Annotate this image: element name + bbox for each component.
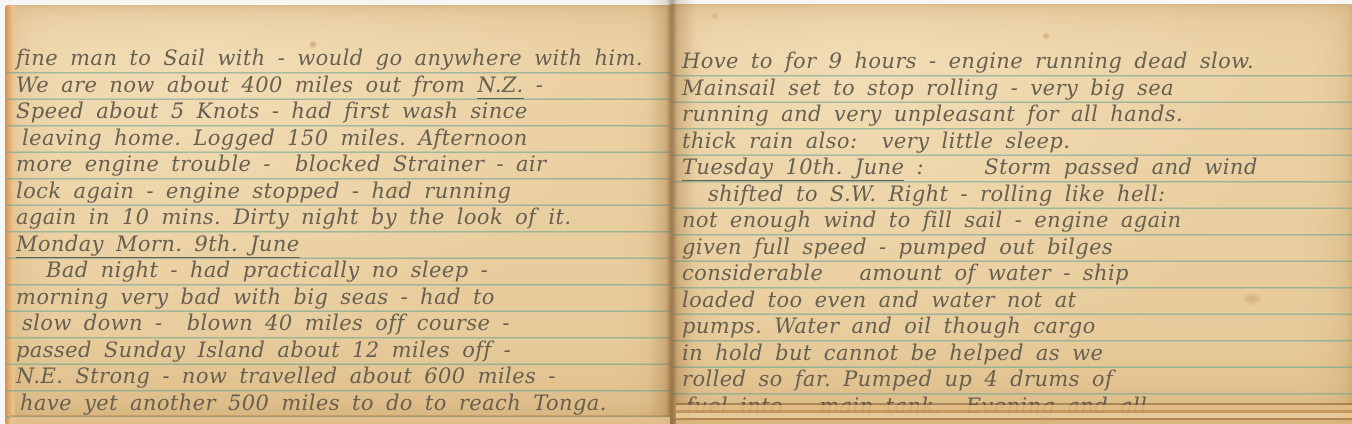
diary-line: more engine trouble - blocked Strainer -… <box>16 151 668 178</box>
diary-text-segment: in hold but cannot be helped as we <box>682 341 1103 365</box>
diary-text-segment: Bad night - had practically no sleep - <box>46 258 488 282</box>
diary-text-segment: : Storm passed and wind <box>904 155 1257 179</box>
diary-text-segment: considerable amount of water - ship <box>682 261 1129 285</box>
diary-line: leaving home. Logged 150 miles. Afternoo… <box>16 125 668 152</box>
diary-line: Mainsail set to stop rolling - very big … <box>682 75 1350 102</box>
diary-text-segment: lock again - engine stopped - had runnin… <box>16 179 511 203</box>
left-page-text: fine man to Sail with - would go anywher… <box>16 45 668 416</box>
diary-line: thick rain also: very little sleep. <box>682 128 1350 155</box>
diary-text-segment: running and very unpleasant for all hand… <box>682 102 1183 126</box>
page-stack-edges-bottom-right <box>676 403 1352 424</box>
diary-line: morning very bad with big seas - had to <box>16 284 668 311</box>
diary-line: N.E. Strong - now travelled about 600 mi… <box>16 363 668 390</box>
diary-line: We are now about 400 miles out from N.Z.… <box>16 72 668 99</box>
page-stack-edges-bottom-left <box>10 415 670 424</box>
diary-text-segment: Speed about 5 Knots - had first wash sin… <box>16 99 528 123</box>
diary-line: have yet another 500 miles to do to reac… <box>16 390 668 417</box>
diary-text-segment: leaving home. Logged 150 miles. Afternoo… <box>22 126 528 150</box>
diary-line: loaded too even and water not at <box>682 287 1350 314</box>
diary-text-segment: Mainsail set to stop rolling - very big … <box>682 76 1174 100</box>
diary-line: shifted to S.W. Right - rolling like hel… <box>682 181 1350 208</box>
diary-line: Tuesday 10th. June : Storm passed and wi… <box>682 154 1350 181</box>
diary-heading-segment: Tuesday 10th. June <box>682 155 904 181</box>
diary-line: Speed about 5 Knots - had first wash sin… <box>16 98 668 125</box>
diary-text-segment: passed Sunday Island about 12 miles off … <box>16 338 511 362</box>
diary-line: pumps. Water and oil though cargo <box>682 313 1350 340</box>
diary-line: fine man to Sail with - would go anywher… <box>16 45 668 72</box>
diary-text-segment: have yet another 500 miles to do to reac… <box>20 391 607 415</box>
diary-line: running and very unpleasant for all hand… <box>682 101 1350 128</box>
diary-line: Bad night - had practically no sleep - <box>16 257 668 284</box>
diary-heading-segment: N.Z. <box>477 73 523 99</box>
diary-line: not enough wind to fill sail - engine ag… <box>682 207 1350 234</box>
diary-line: considerable amount of water - ship <box>682 260 1350 287</box>
diary-line: Monday Morn. 9th. June <box>16 231 668 258</box>
diary-photo: fine man to Sail with - would go anywher… <box>0 0 1352 424</box>
diary-text-segment: We are now about 400 miles out from <box>16 73 477 97</box>
diary-line: lock again - engine stopped - had runnin… <box>16 178 668 205</box>
diary-text-segment: again in 10 mins. Dirty night by the loo… <box>16 205 571 229</box>
diary-text-segment: fine man to Sail with - would go anywher… <box>16 46 643 70</box>
diary-line: slow down - blown 40 miles off course - <box>16 310 668 337</box>
diary-text-segment: pumps. Water and oil though cargo <box>682 314 1096 338</box>
diary-text-segment: morning very bad with big seas - had to <box>16 285 495 309</box>
diary-text-segment: loaded too even and water not at <box>682 288 1076 312</box>
diary-text-segment: thick rain also: very little sleep. <box>682 129 1070 153</box>
diary-text-segment: more engine trouble - blocked Strainer -… <box>16 152 546 176</box>
diary-text-segment: shifted to S.W. Right - rolling like hel… <box>708 182 1166 206</box>
diary-line: given full speed - pumped out bilges <box>682 234 1350 261</box>
binding-gutter <box>648 0 696 424</box>
diary-line: again in 10 mins. Dirty night by the loo… <box>16 204 668 231</box>
right-page-text: Hove to for 9 hours - engine running dea… <box>682 48 1350 419</box>
diary-line: Hove to for 9 hours - engine running dea… <box>682 48 1350 75</box>
diary-text-segment: rolled so far. Pumped up 4 drums of <box>682 367 1113 391</box>
diary-text-segment: not enough wind to fill sail - engine ag… <box>682 208 1182 232</box>
diary-text-segment: N.E. Strong - now travelled about 600 mi… <box>16 364 556 388</box>
diary-line: in hold but cannot be helped as we <box>682 340 1350 367</box>
diary-line: passed Sunday Island about 12 miles off … <box>16 337 668 364</box>
diary-heading-segment: Monday Morn. 9th. June <box>16 232 300 258</box>
diary-text-segment: - <box>524 73 544 97</box>
diary-text-segment: slow down - blown 40 miles off course - <box>22 311 510 335</box>
diary-line: rolled so far. Pumped up 4 drums of <box>682 366 1350 393</box>
diary-text-segment: Hove to for 9 hours - engine running dea… <box>682 49 1254 73</box>
diary-text-segment: given full speed - pumped out bilges <box>682 235 1113 259</box>
